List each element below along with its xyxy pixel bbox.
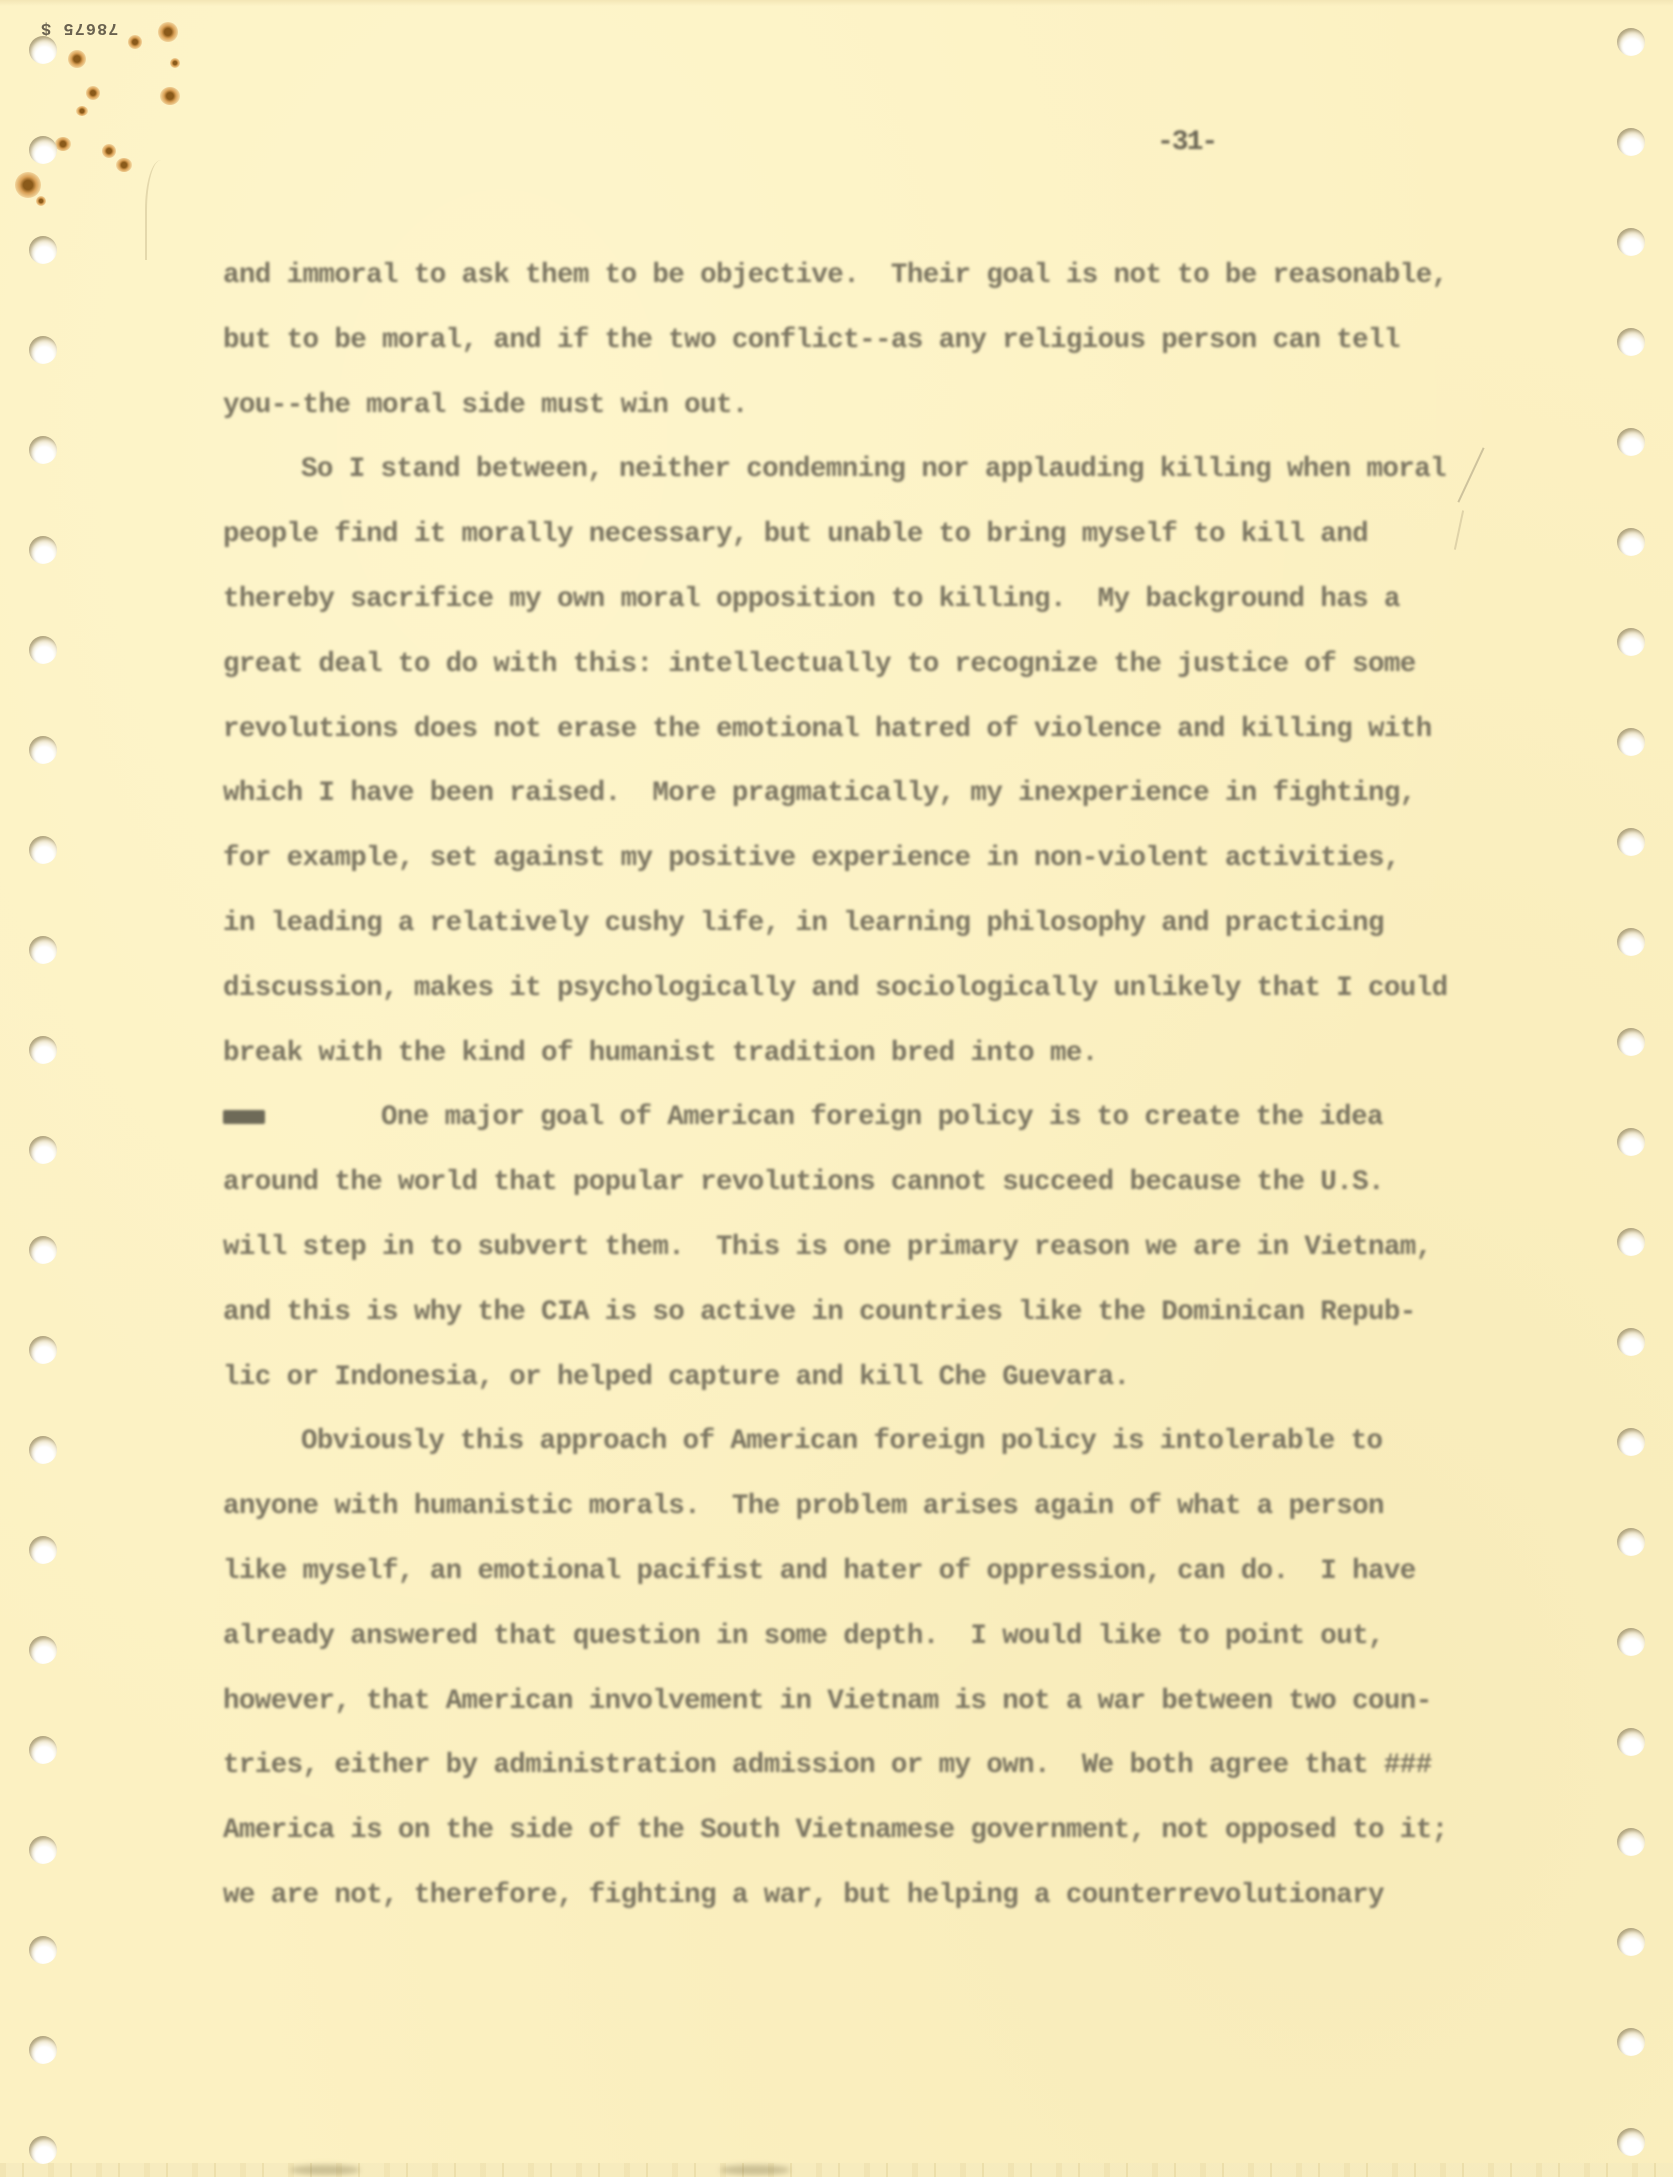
feed-hole (1617, 528, 1645, 556)
text-line: we are not, therefore, fighting a war, b… (223, 1864, 1553, 1929)
feed-hole (1617, 628, 1645, 656)
rust-spot (170, 58, 180, 68)
feed-hole (1617, 1428, 1645, 1456)
feed-hole (29, 1636, 57, 1664)
text-line: like myself, an emotional pacifist and h… (223, 1540, 1553, 1605)
smudge (290, 2165, 360, 2175)
feed-hole (1617, 2128, 1645, 2156)
feed-hole (1617, 928, 1645, 956)
crease-mark (145, 160, 177, 260)
feed-hole (29, 736, 57, 764)
text-line: you--the moral side must win out. (223, 374, 1553, 439)
feed-hole (1617, 1128, 1645, 1156)
feed-hole (29, 1336, 57, 1364)
text-line: and immoral to ask them to be objective.… (223, 244, 1553, 309)
feed-hole (1617, 1328, 1645, 1356)
text-line: anyone with humanistic morals. The probl… (223, 1475, 1553, 1540)
text-line: but to be moral, and if the two conflict… (223, 309, 1553, 374)
text-line: and this is why the CIA is so active in … (223, 1281, 1553, 1346)
feed-hole (29, 2036, 57, 2064)
text-line: great deal to do with this: intellectual… (223, 633, 1553, 698)
feed-hole (29, 336, 57, 364)
feed-hole (1617, 1928, 1645, 1956)
feed-hole (29, 236, 57, 264)
page-number: -31- (1157, 127, 1216, 158)
feed-hole (1617, 1228, 1645, 1256)
text-line: people find it morally necessary, but un… (223, 503, 1553, 568)
feed-hole (29, 1436, 57, 1464)
text-line: revolutions does not erase the emotional… (223, 698, 1553, 763)
feed-hole (1617, 428, 1645, 456)
feed-hole (1617, 228, 1645, 256)
smudge (720, 2165, 790, 2175)
text-line: Obviously this approach of American fore… (223, 1410, 1553, 1475)
archive-stamp: 78675 $ (40, 18, 118, 37)
paper-top-edge (0, 0, 1673, 6)
text-line: discussion, makes it psychologically and… (223, 957, 1553, 1022)
feed-hole (29, 836, 57, 864)
rust-spot (76, 106, 88, 116)
rust-spot (55, 137, 71, 151)
feed-hole (29, 1036, 57, 1064)
feed-hole (1617, 1528, 1645, 1556)
feed-hole (29, 1736, 57, 1764)
feed-hole (29, 436, 57, 464)
rust-spot (160, 87, 180, 105)
feed-hole (1617, 2028, 1645, 2056)
text-line: around the world that popular revolution… (223, 1151, 1553, 1216)
feed-hole (1617, 828, 1645, 856)
feed-hole (1617, 1828, 1645, 1856)
text-line: thereby sacrifice my own moral oppositio… (223, 568, 1553, 633)
text-line: tries, either by administration admissio… (223, 1734, 1553, 1799)
feed-hole (1617, 1028, 1645, 1056)
struck-out-text (223, 1110, 265, 1124)
text-line: break with the kind of humanist traditio… (223, 1022, 1553, 1087)
text-line: lic or Indonesia, or helped capture and … (223, 1346, 1553, 1411)
text-line: which I have been raised. More pragmatic… (223, 762, 1553, 827)
paper-bottom-edge (0, 2163, 1673, 2177)
text-line: already answered that question in some d… (223, 1605, 1553, 1670)
feed-hole (29, 36, 57, 64)
text-line: for example, set against my positive exp… (223, 827, 1553, 892)
text-line: America is on the side of the South Viet… (223, 1799, 1553, 1864)
feed-hole (29, 1536, 57, 1564)
text-line: will step in to subvert them. This is on… (223, 1216, 1553, 1281)
rust-spot (36, 196, 46, 206)
feed-hole (1617, 128, 1645, 156)
typewritten-body: and immoral to ask them to be objective.… (223, 244, 1553, 1929)
feed-hole (29, 1936, 57, 1964)
feed-hole (29, 136, 57, 164)
rust-spot (102, 144, 116, 158)
rust-spot (86, 86, 100, 100)
rust-spot (68, 50, 86, 68)
feed-hole (29, 636, 57, 664)
rust-spot (116, 158, 132, 172)
text-line-content: One major goal of American foreign polic… (381, 1102, 1383, 1133)
feed-hole (1617, 28, 1645, 56)
feed-hole (29, 2136, 57, 2164)
feed-hole (29, 936, 57, 964)
feed-hole (1617, 1728, 1645, 1756)
rust-spot (128, 35, 142, 49)
feed-hole (29, 1136, 57, 1164)
text-line: in leading a relatively cushy life, in l… (223, 892, 1553, 957)
feed-hole (1617, 328, 1645, 356)
feed-hole (1617, 728, 1645, 756)
rust-spot (15, 172, 41, 198)
feed-hole (1617, 1628, 1645, 1656)
text-line: however, that American involvement in Vi… (223, 1670, 1553, 1735)
text-line: So I stand between, neither condemning n… (223, 438, 1553, 503)
rust-spot (158, 22, 178, 42)
feed-hole (29, 1236, 57, 1264)
text-line: One major goal of American foreign polic… (223, 1086, 1553, 1151)
feed-hole (29, 536, 57, 564)
feed-hole (29, 1836, 57, 1864)
